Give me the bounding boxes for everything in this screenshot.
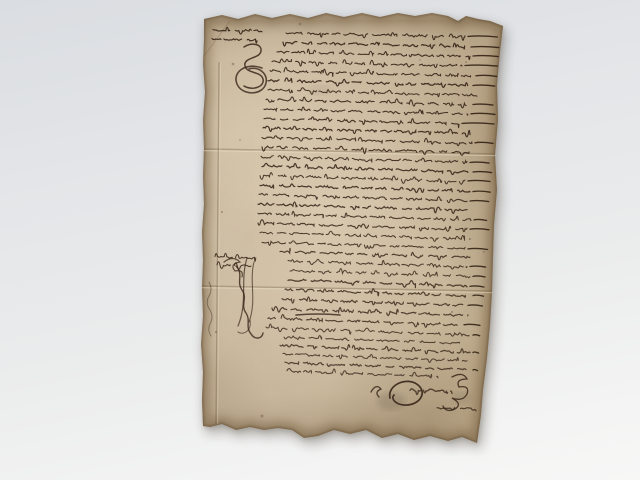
paper-sheet [0, 0, 640, 480]
manuscript-paper [0, 0, 640, 480]
photo-background [0, 0, 640, 480]
